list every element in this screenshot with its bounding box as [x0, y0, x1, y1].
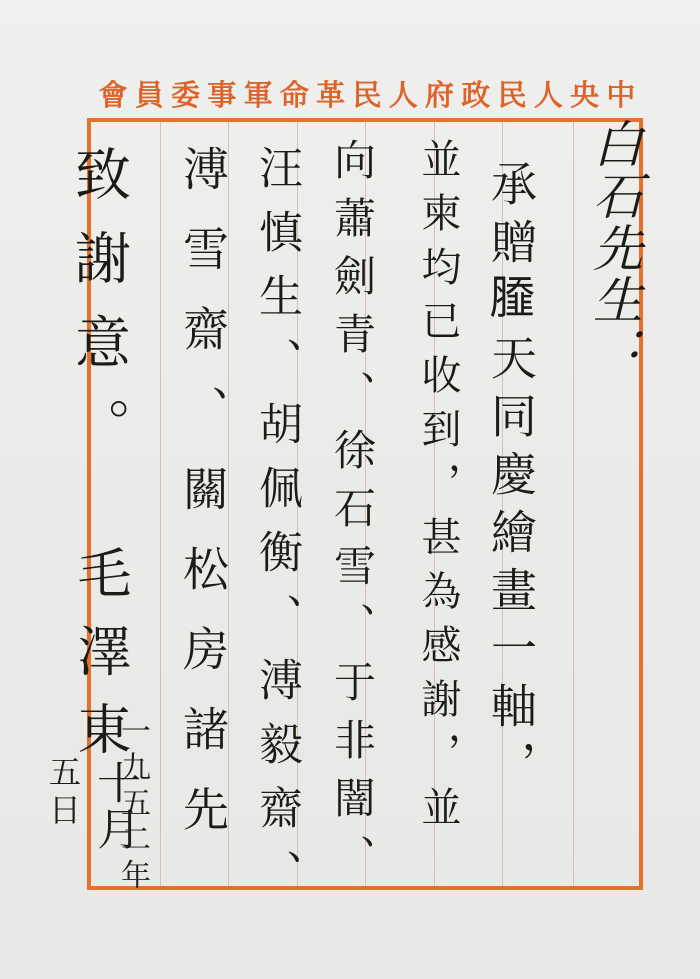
column-divider	[573, 122, 574, 886]
letterhead-char: 委	[169, 78, 203, 112]
letter-line-2: 並柬均已收到，甚為感謝，並	[410, 138, 467, 840]
letterhead-char: 府	[423, 78, 457, 112]
letter-line-1: 承贈𦠿天同慶繪畫一軸，	[478, 160, 544, 798]
letter-line-3: 向蕭劍青、徐石雪、于非闇、	[322, 138, 382, 892]
letterhead-char: 會	[96, 78, 130, 112]
letterhead-char: 軍	[241, 78, 275, 112]
letterhead-char: 民	[350, 78, 384, 112]
letterhead-char: 命	[277, 78, 311, 112]
letterhead-char: 政	[459, 78, 493, 112]
letterhead-char: 革	[314, 78, 348, 112]
letter-line-5: 溥雪齋、關松房諸先	[170, 145, 236, 865]
letterhead-char: 員	[132, 78, 166, 112]
letter-line-6: 致謝意。	[58, 145, 138, 481]
letterhead-char: 民	[495, 78, 529, 112]
letterhead-char: 人	[386, 78, 420, 112]
letter-paper: 中 央 人 民 政 府 人 民 革 命 軍 事 委 員 會 白石先生： 承贈𦠿天…	[0, 0, 700, 979]
letterhead-char: 人	[531, 78, 565, 112]
letterhead: 中 央 人 民 政 府 人 民 革 命 軍 事 委 員 會	[96, 78, 638, 112]
letterhead-char: 央	[568, 78, 602, 112]
column-divider	[160, 122, 161, 886]
letter-line-4: 汪慎生、胡佩衡、溥毅齋、	[244, 145, 308, 913]
salutation: 白石先生：	[578, 118, 650, 378]
letterhead-char: 中	[604, 78, 638, 112]
date-month: 十月	[82, 760, 146, 852]
letterhead-char: 事	[205, 78, 239, 112]
date-day: 五日	[40, 755, 86, 831]
